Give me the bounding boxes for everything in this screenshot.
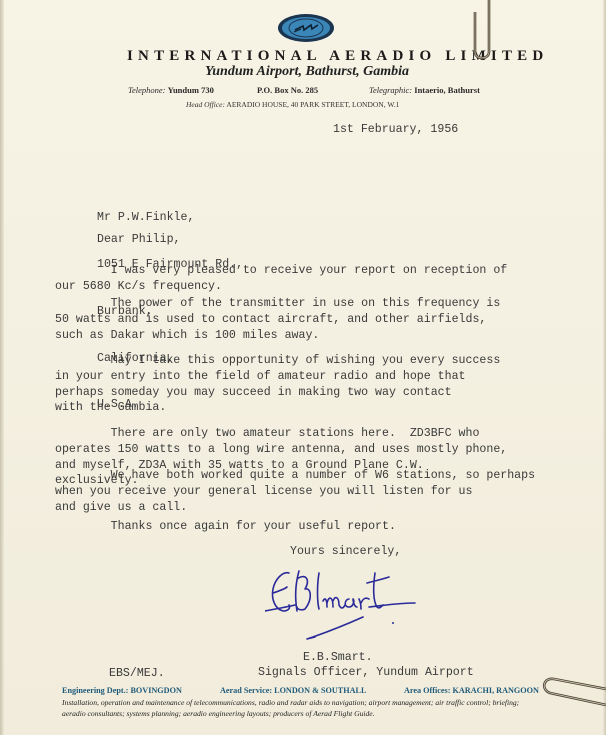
telephone: Telephone: Yundum 730 (128, 85, 214, 95)
head-office: Head Office: AERADIO HOUSE, 40 PARK STRE… (186, 100, 399, 109)
address-line: Mr P.W.Finkle, (97, 210, 243, 226)
telephone-label: Telephone: (128, 85, 165, 95)
telephone-value: Yundum 730 (168, 85, 214, 95)
letter-date: 1st February, 1956 (333, 123, 458, 136)
telegraphic: Telegraphic: Intaerio, Bathurst (369, 85, 480, 95)
head-office-value: AERADIO HOUSE, 40 PARK STREET, LONDON, W… (226, 100, 399, 109)
paragraph: Thanks once again for your useful report… (55, 519, 396, 535)
salutation: Dear Philip, (97, 233, 181, 246)
reference-initials: EBS/MEJ. (109, 667, 165, 680)
footer-description: Installation, operation and maintenance … (62, 698, 542, 719)
head-office-label: Head Office: (186, 100, 225, 109)
paragraph: I was very pleased to receive your repor… (55, 263, 507, 295)
signature-icon (265, 565, 425, 645)
po-box: P.O. Box No. 285 (257, 85, 318, 95)
paragraph: May I take this opportunity of wishing y… (55, 353, 500, 416)
letter-page: INTERNATIONAL AERADIO LIMITED Yundum Air… (0, 0, 606, 735)
closing: Yours sincerely, (290, 545, 401, 558)
paragraph: We have both worked quite a number of W6… (55, 468, 535, 515)
company-location: Yundum Airport, Bathurst, Gambia (0, 64, 606, 80)
paper-clip-top-icon (470, 0, 494, 65)
aeradio-logo-icon (277, 13, 335, 43)
footer-aerad: Aerad Service: LONDON & SOUTHALL (220, 686, 366, 695)
signer-name: E.B.Smart. (303, 651, 373, 664)
footer-engineering: Engineering Dept.: BOVINGDON (62, 686, 182, 695)
company-name: INTERNATIONAL AERADIO LIMITED (127, 48, 527, 65)
footer-area-offices: Area Offices: KARACHI, RANGOON (404, 686, 539, 695)
signer-title: Signals Officer, Yundum Airport (258, 666, 474, 679)
telegraphic-label: Telegraphic: (369, 85, 412, 95)
telegraphic-value: Intaerio, Bathurst (414, 85, 480, 95)
paper-edge-left (0, 0, 4, 735)
paper-clip-bottom-icon (540, 675, 606, 715)
paragraph: The power of the transmitter in use on t… (55, 296, 500, 343)
